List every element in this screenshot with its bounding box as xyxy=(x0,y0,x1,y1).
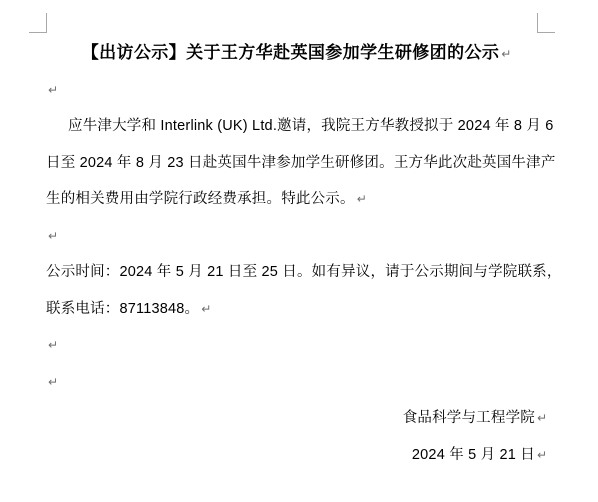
body-text: 应牛津大学和 Interlink (UK) Ltd.邀请，我院王方华教授拟于 2… xyxy=(68,118,554,134)
paragraph-mark-icon: ↵ xyxy=(535,437,537,474)
document-title[interactable]: 【出访公示】关于王方华赴英国参加学生研修团的公示↵ xyxy=(46,35,537,72)
signature-text: 食品科学与工程学院 xyxy=(403,410,535,426)
notice-period-line[interactable]: 公示时间：2024 年 5 月 21 日至 25 日。如有异议，请于公示期间与学… xyxy=(46,254,537,291)
document-page[interactable]: 【出访公示】关于王方华赴英国参加学生研修团的公示↵ ↵ 应牛津大学和 Inter… xyxy=(0,0,598,502)
empty-paragraph[interactable]: ↵ xyxy=(46,72,537,109)
body-paragraph-line-3[interactable]: 生的相关费用由学院行政经费承担。特此公示。↵ xyxy=(46,181,537,218)
paragraph-mark-icon: ↵ xyxy=(355,181,357,218)
document-title-text: 【出访公示】关于王方华赴英国参加学生研修团的公示 xyxy=(82,43,500,62)
paragraph-mark-icon: ↵ xyxy=(46,364,48,401)
date-line[interactable]: 2024 年 5 月 21 日↵ xyxy=(46,437,537,474)
body-paragraph-line-1[interactable]: 应牛津大学和 Interlink (UK) Ltd.邀请，我院王方华教授拟于 2… xyxy=(46,108,537,145)
paragraph-mark-icon: ↵ xyxy=(46,72,48,109)
signature-line[interactable]: 食品科学与工程学院↵ xyxy=(46,400,537,437)
empty-paragraph[interactable]: ↵ xyxy=(46,327,537,364)
contact-phone-line[interactable]: 联系电话：87113848。↵ xyxy=(46,291,537,328)
date-text: 2024 年 5 月 21 日 xyxy=(412,447,535,463)
document-content[interactable]: 【出访公示】关于王方华赴英国参加学生研修团的公示↵ ↵ 应牛津大学和 Inter… xyxy=(46,35,537,473)
notice-text: 公示时间：2024 年 5 月 21 日至 25 日。如有异议，请于公示期间与学… xyxy=(46,264,562,280)
margin-corner-mark-top-left-icon xyxy=(29,13,47,33)
body-text: 生的相关费用由学院行政经费承担。特此公示。 xyxy=(46,191,355,207)
paragraph-mark-icon: ↵ xyxy=(46,327,48,364)
empty-paragraph[interactable]: ↵ xyxy=(46,364,537,401)
body-text: 日至 2024 年 8 月 23 日赴英国牛津参加学生研修团。王方华此次赴英国牛… xyxy=(46,155,556,171)
empty-paragraph[interactable]: ↵ xyxy=(46,218,537,255)
paragraph-mark-icon: ↵ xyxy=(46,218,48,255)
paragraph-mark-icon: ↵ xyxy=(499,36,501,73)
contact-text: 联系电话：87113848。 xyxy=(46,301,199,317)
body-paragraph-line-2[interactable]: 日至 2024 年 8 月 23 日赴英国牛津参加学生研修团。王方华此次赴英国牛… xyxy=(46,145,537,182)
paragraph-mark-icon: ↵ xyxy=(535,400,537,437)
margin-corner-mark-top-right-icon xyxy=(537,13,555,33)
paragraph-mark-icon: ↵ xyxy=(199,291,201,328)
